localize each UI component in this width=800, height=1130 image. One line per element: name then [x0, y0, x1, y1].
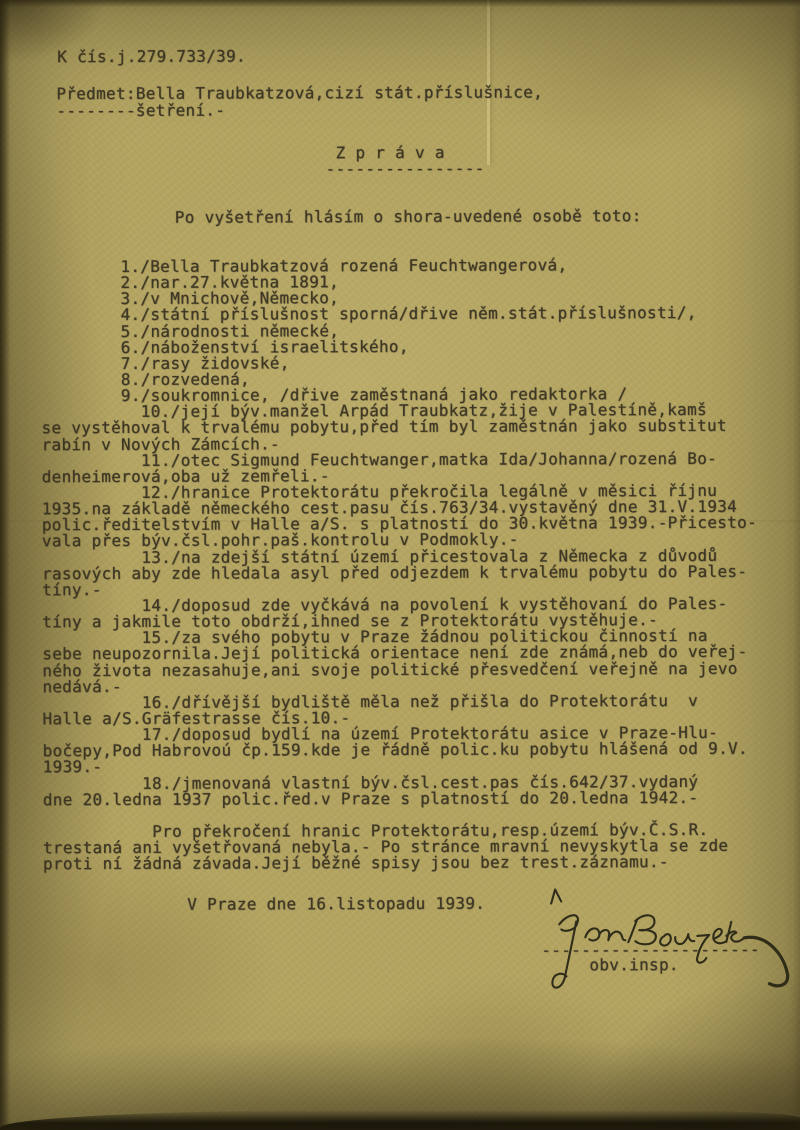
document-text-line: 16./dřívější bydliště měla než přišla do…	[42, 690, 782, 709]
document-text-line: 14./doposud zde vyčkává na povolení k vy…	[42, 594, 782, 613]
signature-stroke	[697, 935, 709, 963]
document-text-line: 11./otec Sigmund Feuchtwanger,matka Ida/…	[42, 448, 782, 467]
signature-stroke	[585, 928, 625, 940]
subject-underline-line: --------šetření.-	[56, 101, 225, 121]
document-text-line: polic.ředitelstvím v Halle a/S. s platno…	[42, 513, 782, 532]
scanned-document-page: K čís.j.279.733/39. Předmet:Bella Traubk…	[0, 0, 800, 1130]
document-text-line: ného života nezasahuje,ani svoje politic…	[42, 658, 782, 677]
document-content: K čís.j.279.733/39. Předmet:Bella Traubk…	[0, 0, 800, 1130]
document-text-line: sebe neupozornila.Její politická orienta…	[42, 642, 782, 661]
signature-stroke	[660, 934, 694, 946]
report-body: 1./Bella Traubkatzová rozená Feuchtwange…	[41, 255, 783, 871]
signature-stroke	[713, 922, 744, 943]
document-text-line: rasových aby zde hledala asyl před odjez…	[42, 561, 782, 580]
scan-edge-left	[0, 0, 10, 1130]
document-text-line: dne 20.ledna 1937 polic.řed.v Praze s pl…	[43, 787, 783, 806]
signature-stroke	[628, 919, 637, 942]
title-underline: ----------------	[326, 159, 485, 179]
document-text-line: 4./státní příslušnost sporná/dřive něm.s…	[41, 303, 781, 322]
reference-number: K čís.j.279.733/39.	[57, 47, 246, 67]
signature-flourish	[744, 937, 787, 986]
signature-pen-tick	[551, 889, 561, 903]
document-text-line: bočepy,Pod Habrovoú čp.159.kde je řádně …	[43, 739, 783, 758]
document-text-line: se vystěhoval k trvalému pobytu,před tím…	[41, 416, 781, 435]
date-line: V Praze dne 16.listopadu 1939.	[187, 894, 485, 914]
handwritten-signature	[481, 879, 800, 1015]
signature-stroke	[635, 915, 656, 944]
document-text-line: trestaná ani vyšetřovaná nebyla.- Po str…	[43, 836, 783, 855]
intro-sentence: Po vyšetření hlásím o shora-uvedené osob…	[175, 206, 642, 227]
scan-edge-top	[0, 0, 800, 7]
